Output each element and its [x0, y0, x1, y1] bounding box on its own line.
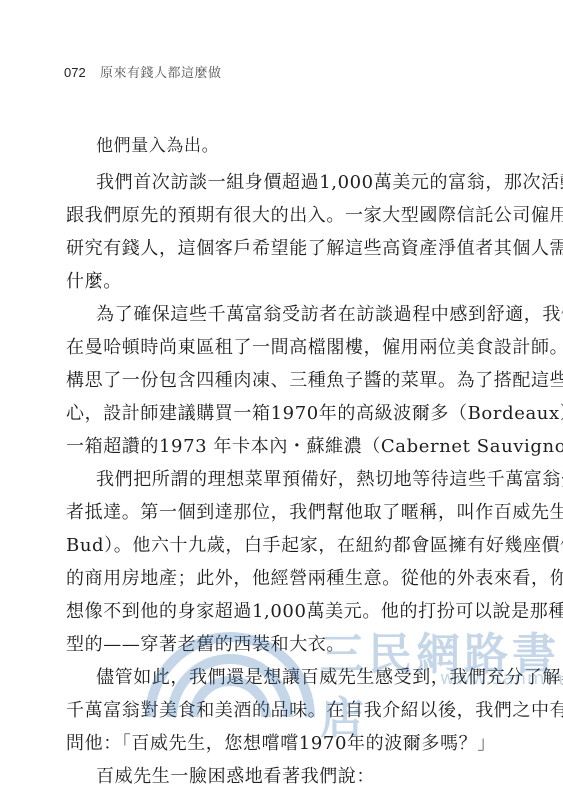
page-number: 072	[64, 65, 100, 80]
text-line: Bud）。他六十九歲，白手起家，在紐約都會區擁有好幾座價值連城	[66, 535, 563, 557]
text-line: 一箱超讚的1973 年卡本內・蘇維濃（Cabernet Sauvignon）紅酒…	[66, 436, 563, 458]
text-line: 在曼哈頓時尚東區租了一間高檔閣樓，僱用兩位美食設計師。他們	[66, 337, 563, 359]
text-line: 者抵達。第一個到達那位，我們幫他取了暱稱，叫作百威先生（Mr.	[66, 502, 563, 524]
page-header: 072 原來有錢人都這麼做	[64, 62, 222, 81]
text-line: 千萬富翁對美食和美酒的品味。在自我介紹以後，我們之中有個人	[66, 700, 563, 722]
text-line: 型的——穿著老舊的西裝和大衣。	[66, 634, 345, 656]
text-line: 的商用房地產；此外，他經營兩種生意。從他的外表來看，你絕對	[66, 568, 563, 590]
text-line: 構思了一份包含四種肉凍、三種魚子醬的菜單。為了搭配這些小點	[66, 370, 563, 392]
text-line: 百威先生一臉困惑地看著我們說：	[96, 766, 375, 788]
text-line: 問他：「百威先生，您想嚐嚐1970年的波爾多嗎？」	[66, 733, 496, 755]
text-line: 研究有錢人，這個客戶希望能了解這些高資產淨值者其個人需求是	[66, 238, 563, 260]
text-line: 心，設計師建議購買一箱1970年的高級波爾多（Bordeaux）紅酒和	[66, 403, 563, 425]
text-line: 什麼。	[66, 271, 122, 293]
text-line: 儘管如此，我們還是想讓百威先生感受到，我們充分了解美國	[96, 667, 563, 689]
text-line: 我們首次訪談一組身價超過1,000萬美元的富翁，那次活動結果	[96, 172, 563, 194]
text-line: 我們把所謂的理想菜單預備好，熱切地等待這些千萬富翁受訪	[96, 469, 563, 491]
text-line: 他們量入為出。	[96, 135, 219, 157]
text-line: 跟我們原先的預期有很大的出入。一家大型國際信託公司僱用我們	[66, 205, 563, 227]
text-line: 為了確保這些千萬富翁受訪者在訪談過程中感到舒適，我們	[96, 304, 563, 326]
text-line: 想像不到他的身家超過1,000萬美元。他的打扮可以說是那種無聊沒	[66, 601, 563, 623]
running-title: 原來有錢人都這麼做	[100, 62, 222, 81]
